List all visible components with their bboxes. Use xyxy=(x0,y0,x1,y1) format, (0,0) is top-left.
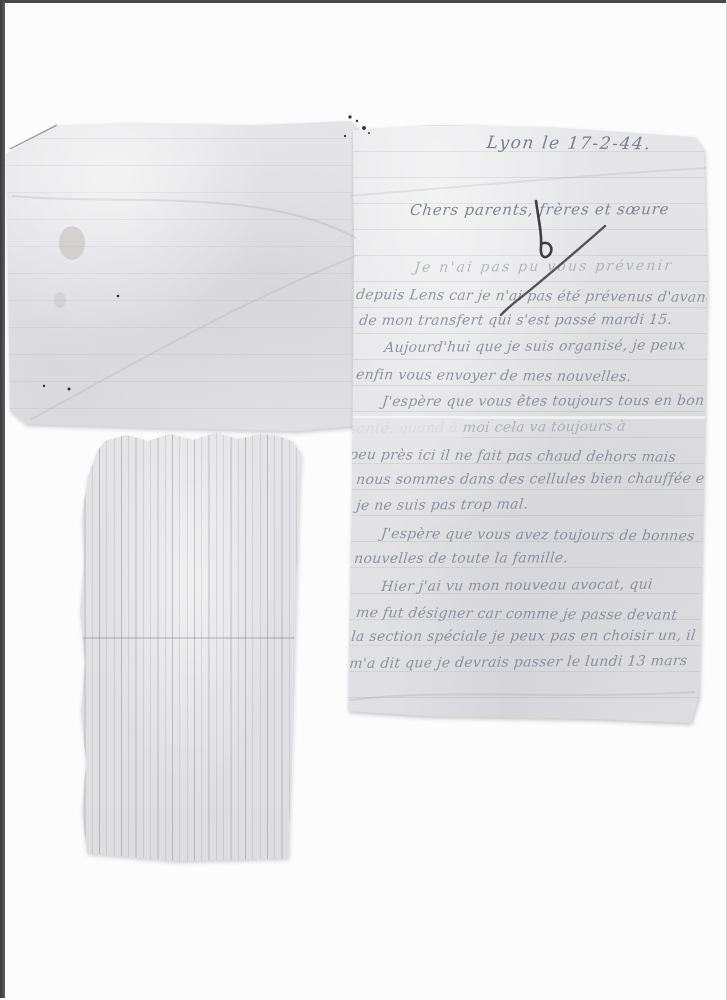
letter-surface: Lyon le 17-2-44. Chers parents, frères e… xyxy=(345,100,707,728)
letter-line: la section spéciale je peux pas en chois… xyxy=(350,628,696,645)
letter-line: m'a dit que je devrais passer le lundi 1… xyxy=(348,653,688,672)
letter-line: J'espère que vous avez toujours de bonne… xyxy=(380,526,695,544)
letter-line: Aujourd'hui que je suis organisé, je peu… xyxy=(383,337,686,356)
blank-sheet-surface xyxy=(6,112,358,434)
letter-line: me fut désigner car comme je passe devan… xyxy=(355,605,678,624)
letter-line: enfin vous envoyer de mes nouvelles. xyxy=(355,367,632,385)
scanned-letter-page: Lyon le 17-2-44. Chers parents, frères e… xyxy=(0,0,727,1000)
letter-line: Hier j'ai vu mon nouveau avocat, qui xyxy=(380,577,653,595)
letter-line: je ne suis pas trop mal. xyxy=(355,496,529,514)
letter-line: J'espère que vous êtes toujours tous en … xyxy=(381,393,723,410)
letter-salutation: Chers parents, frères et sœure xyxy=(409,200,670,219)
letter-line: nous sommes dans des cellules bien chauf… xyxy=(355,471,727,488)
letter-washed-out-area xyxy=(345,418,463,438)
handwritten-letter: Lyon le 17-2-44. Chers parents, frères e… xyxy=(345,100,707,728)
letter-line: depuis Lens car je n'ai pas été prévenus… xyxy=(355,287,723,306)
lined-strip-surface xyxy=(78,432,304,862)
letter-line: Je n'ai pas pu vous prévenir xyxy=(413,258,674,276)
scanner-edge-left xyxy=(0,2,5,998)
scanner-edge-top xyxy=(0,0,727,3)
blank-folded-sheet xyxy=(6,112,358,434)
letter-line: de mon transfert qui s'est passé mardi 1… xyxy=(358,312,673,329)
strip-crease-line xyxy=(78,637,304,639)
torn-lined-paper-strip xyxy=(78,432,304,862)
letter-dateline: Lyon le 17-2-44. xyxy=(486,133,653,154)
letter-line: nouvelles de toute la famille. xyxy=(353,550,569,567)
letter-line: peu près ici il ne fait pas chaud dehors… xyxy=(348,447,677,466)
